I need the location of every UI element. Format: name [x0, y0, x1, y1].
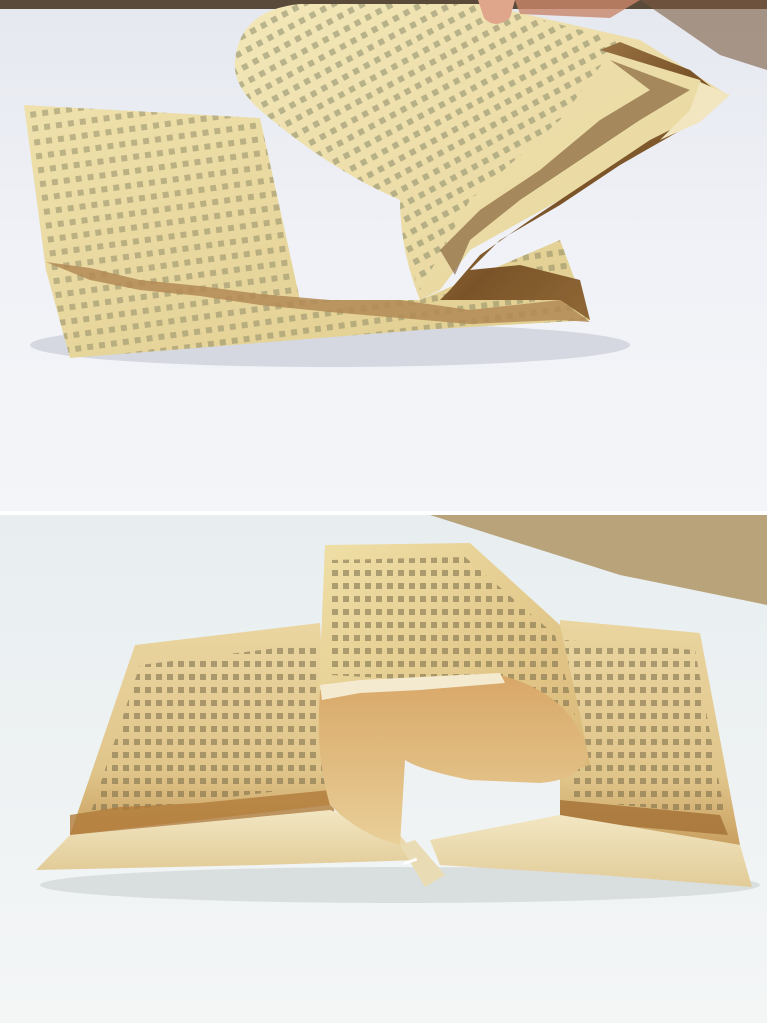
photo-top-crumbling-book	[0, 0, 767, 511]
photo-bottom-open-book	[0, 515, 767, 1023]
bottom-scene	[0, 515, 767, 1023]
top-scene	[0, 0, 767, 511]
